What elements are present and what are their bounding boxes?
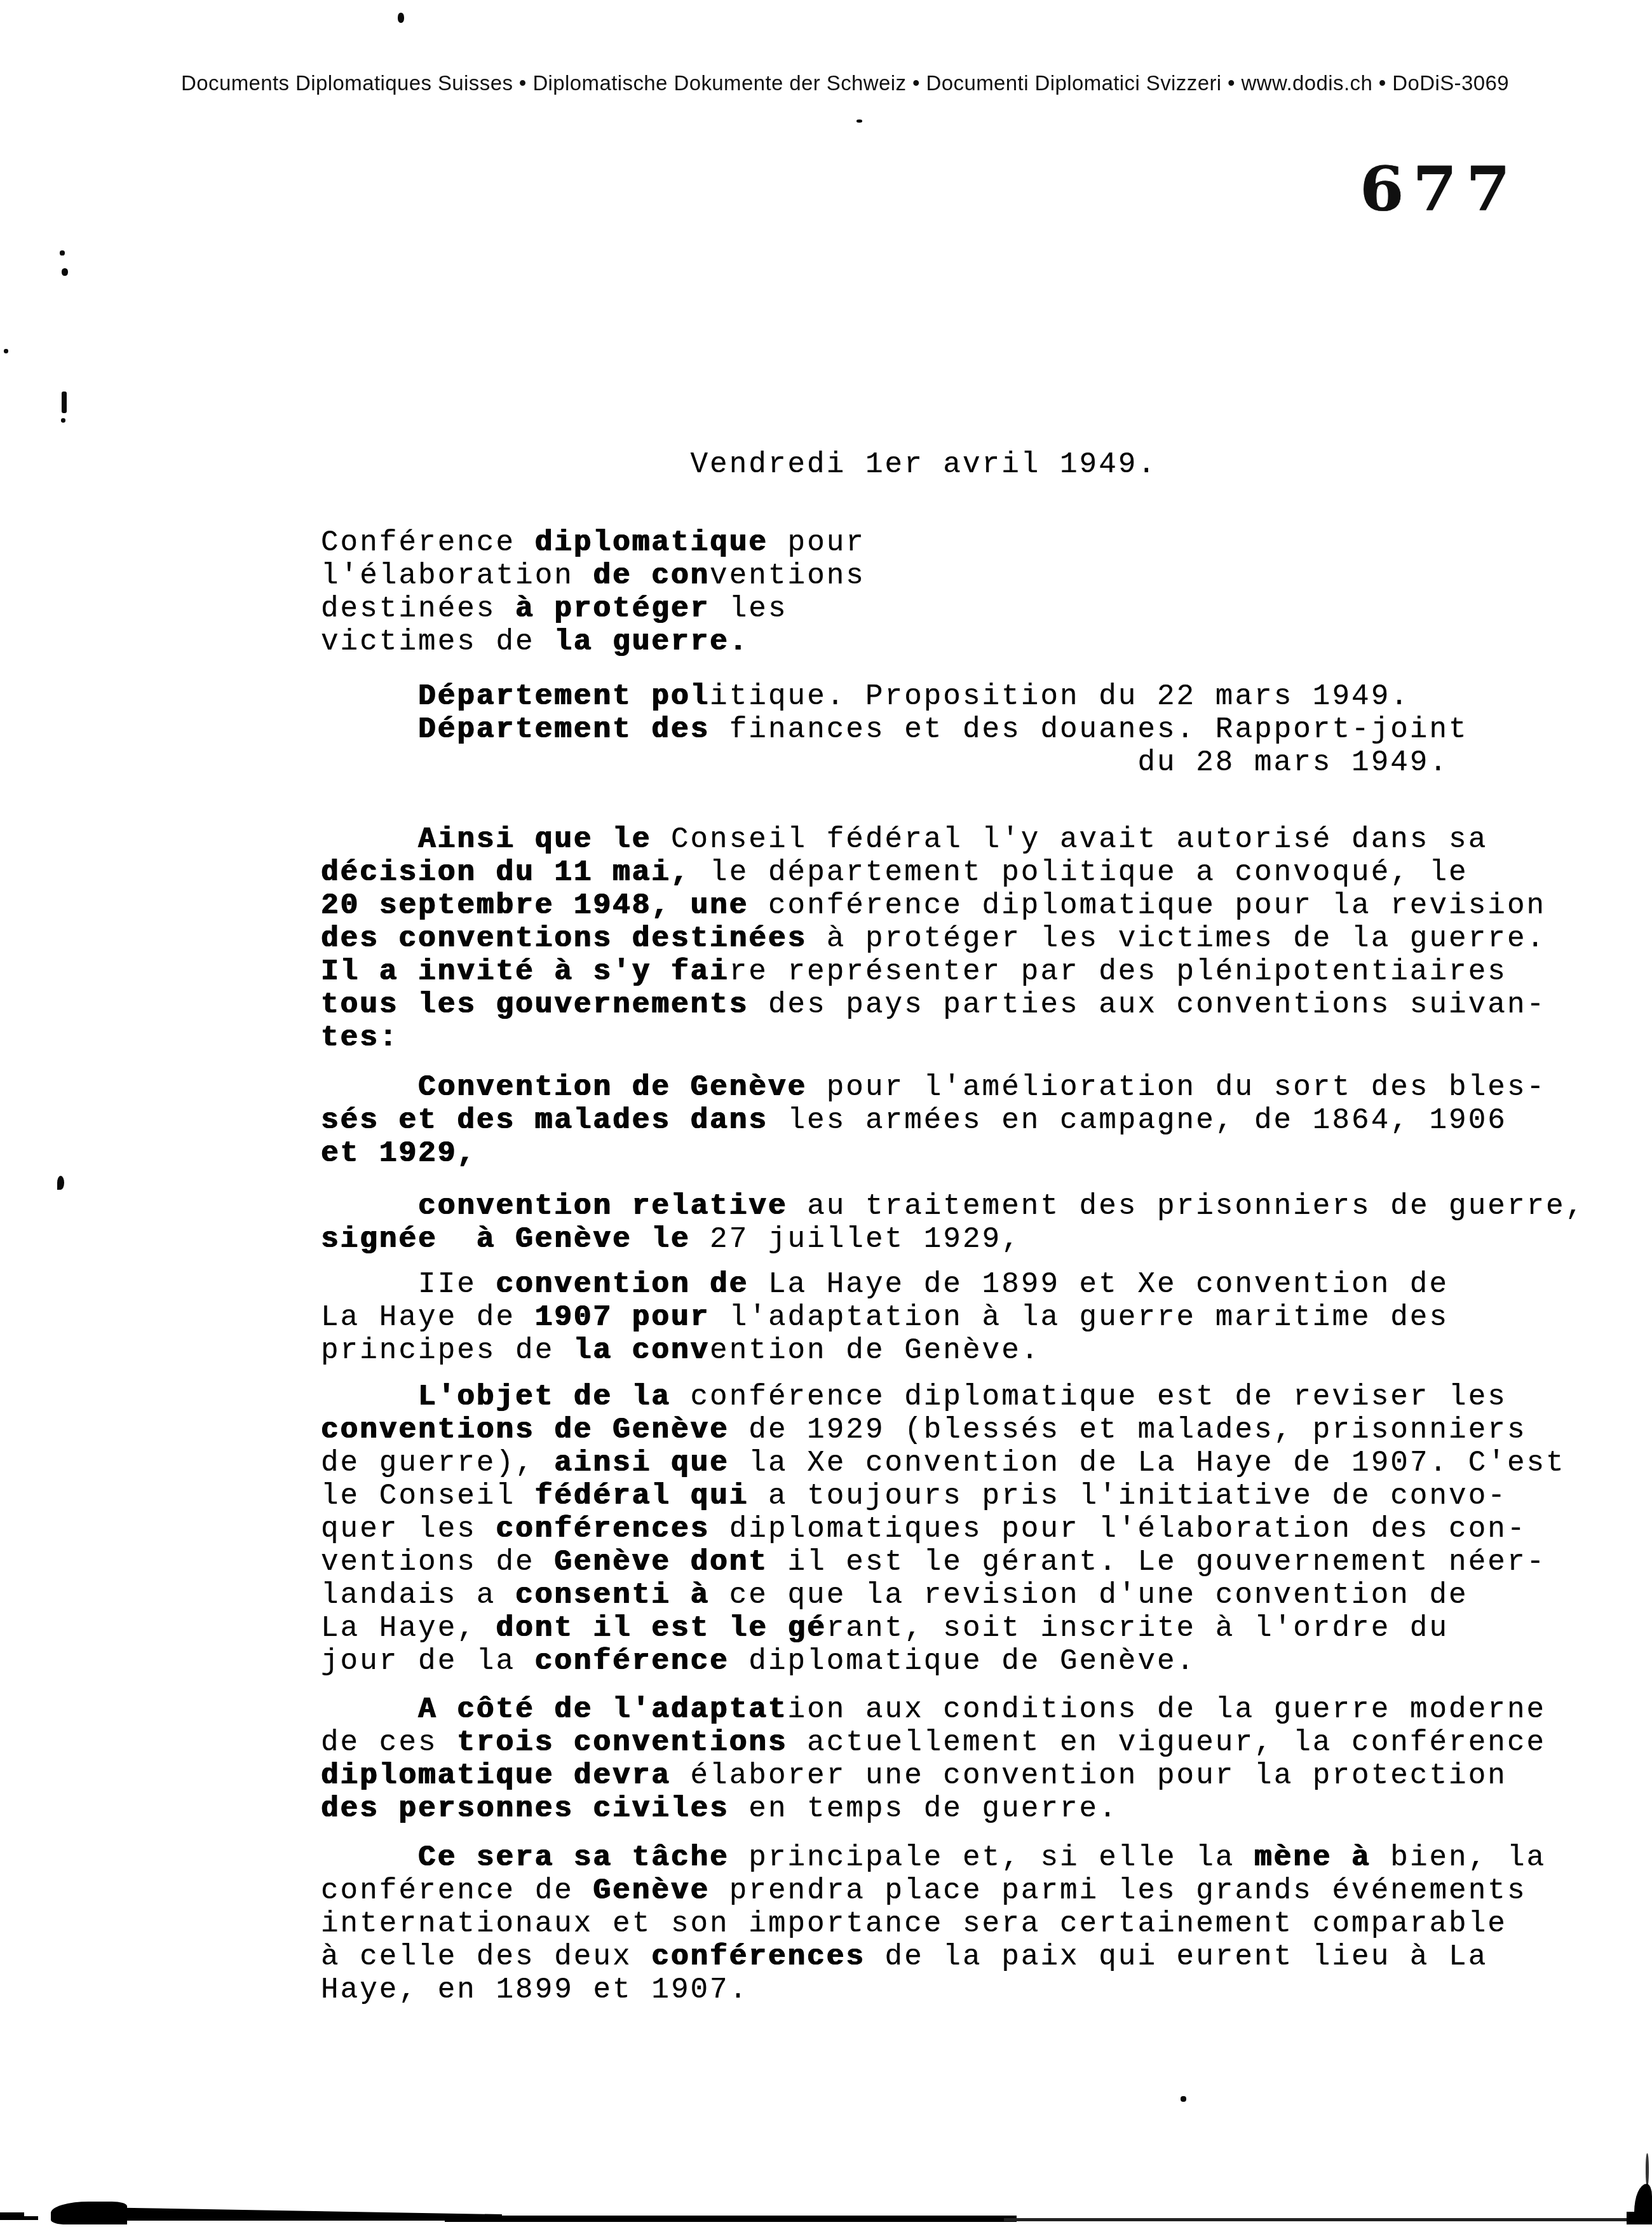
paragraph-2: Convention de Genève pour l'amélioration… (321, 1071, 1630, 1170)
typed-text: Haye, en 1899 et 1907. (321, 1973, 748, 2006)
text-line: A côté de l'adaptation aux conditions de… (321, 1693, 1630, 1726)
typed-text: élaborer une convention pour la protecti… (671, 1759, 1507, 1792)
typed-text (321, 1380, 418, 1413)
text-line: convention relative au traitement des pr… (321, 1190, 1630, 1223)
overstruck-text: conventions de Genève (321, 1413, 729, 1447)
text-line: La Haye, dont il est le gérant, soit ins… (321, 1612, 1630, 1645)
text-line: et 1929, (321, 1137, 1630, 1170)
paragraph-4: IIe convention de La Haye de 1899 et Xe … (321, 1268, 1630, 1367)
ink-speck (1181, 2096, 1186, 2102)
ink-speck (62, 392, 67, 413)
overstruck-text: tes: (321, 1021, 398, 1054)
text-line: Département des finances et des douanes.… (321, 713, 1630, 746)
typed-text: l'adaptation à la guerre maritime des (710, 1301, 1449, 1334)
ink-speck (4, 349, 8, 353)
typed-text (321, 1841, 418, 1874)
overstruck-text: A côté de l'adaptat (418, 1693, 788, 1726)
typed-text: ion aux conditions de la guerre moderne (788, 1693, 1547, 1726)
text-line: Conférence diplomatique pour (321, 526, 1630, 559)
text-line: destinées à protéger les (321, 592, 1630, 625)
overstruck-text: conférences (496, 1513, 710, 1546)
overstruck-text: dont il est le gé (496, 1612, 826, 1645)
text-line: de ces trois conventions actuellement en… (321, 1726, 1630, 1759)
paragraph-1: Ainsi que le Conseil fédéral l'y avait a… (321, 823, 1630, 1054)
overstruck-text: trois conventions (457, 1726, 787, 1759)
text-line: Département politique. Proposition du 22… (321, 680, 1630, 713)
typed-text (321, 713, 418, 746)
text-line: Convention de Genève pour l'amélioration… (321, 1071, 1630, 1104)
typed-text (321, 680, 418, 713)
typed-text: rant, soit inscrite à l'ordre du (827, 1612, 1449, 1645)
typed-text: destinées (321, 592, 515, 625)
typed-text: IIe (321, 1268, 496, 1301)
archive-header-text: Documents Diplomatiques Suisses • Diplom… (181, 71, 1509, 95)
typed-text: itique. Proposition du 22 mars 1949. (710, 680, 1410, 713)
overstruck-text: à protéger (515, 592, 710, 625)
text-line: victimes de la guerre. (321, 625, 1630, 658)
text-line: du 28 mars 1949. (321, 746, 1630, 779)
text-line: décision du 11 mai, le département polit… (321, 856, 1630, 889)
overstruck-text: conférences (651, 1940, 865, 1973)
ink-speck (62, 268, 68, 276)
overstruck-text: Ainsi que le (418, 823, 651, 856)
text-line: sés et des malades dans les armées en ca… (321, 1104, 1630, 1137)
overstruck-text: fédéral qui (535, 1480, 749, 1513)
typed-text: pour l'amélioration du sort des bles- (807, 1071, 1546, 1104)
typed-text: ventions de (321, 1546, 554, 1579)
typed-text: de ces (321, 1726, 457, 1759)
page-number-stamp: 677 (1360, 153, 1519, 224)
typed-text (321, 1693, 418, 1726)
document-body: Vendredi 1er avril 1949.Conférence diplo… (321, 448, 1630, 2006)
paragraph-5: L'objet de la conférence diplomatique es… (321, 1380, 1630, 1678)
typed-text: principes de (321, 1334, 574, 1367)
typed-text: au traitement des prisonniers de guerre, (788, 1190, 1585, 1223)
text-line: Haye, en 1899 et 1907. (321, 1973, 1630, 2006)
overstruck-text: sés et des malades dans (321, 1104, 768, 1137)
typed-text: il est le gérant. Le gouvernement néer- (768, 1546, 1546, 1579)
ink-speck (1646, 2153, 1649, 2186)
ink-speck (61, 418, 65, 423)
overstruck-text: de con (593, 559, 710, 592)
typed-text: le département politique a convoqué, le (691, 856, 1468, 889)
typed-text: conférence diplomatique pour la revision (748, 889, 1546, 922)
typed-text: des pays parties aux conventions suivan- (748, 988, 1546, 1021)
typed-text: landais a (321, 1579, 515, 1612)
overstruck-text: Département des (418, 713, 710, 746)
text-line: à celle des deux conférences de la paix … (321, 1940, 1630, 1973)
overstruck-text: diplomatique (535, 526, 768, 559)
text-line: tous les gouvernements des pays parties … (321, 988, 1630, 1021)
typed-text: La Haye de (321, 1301, 535, 1334)
text-line: 20 septembre 1948, une conférence diplom… (321, 889, 1630, 922)
date-line: Vendredi 1er avril 1949. (321, 448, 1630, 481)
text-line: L'objet de la conférence diplomatique es… (321, 1380, 1630, 1413)
text-line: La Haye de 1907 pour l'adaptation à la g… (321, 1301, 1630, 1334)
overstruck-text: tous les gouvernements (321, 988, 748, 1021)
overstruck-text: signée à Genève le (321, 1223, 691, 1256)
typed-text: diplomatiques pour l'élaboration des con… (710, 1513, 1526, 1546)
typed-text: finances et des douanes. Rapport-joint (710, 713, 1468, 746)
text-line: conférence de Genève prendra place parmi… (321, 1874, 1630, 1907)
typed-text: l'élaboration (321, 559, 593, 592)
text-line: des personnes civiles en temps de guerre… (321, 1792, 1630, 1825)
typed-text: a toujours pris l'initiative de convo- (748, 1480, 1507, 1513)
overstruck-text: L'objet de la (418, 1380, 671, 1413)
overstruck-text: décision du 11 mai, (321, 856, 691, 889)
overstruck-text: et 1929, (321, 1137, 477, 1170)
ink-speck (856, 119, 862, 123)
typed-text: les (710, 592, 787, 625)
scan-artifact-bottom (445, 2216, 1017, 2222)
text-line: principes de la convention de Genève. (321, 1334, 1630, 1367)
overstruck-text: Département pol (418, 680, 710, 713)
text-line: l'élaboration de conventions (321, 559, 1630, 592)
typed-text: pour (768, 526, 865, 559)
typed-text: conférence de (321, 1874, 593, 1907)
typed-text: Conférence (321, 526, 535, 559)
text-line: diplomatique devra élaborer une conventi… (321, 1759, 1630, 1792)
typed-text: le Conseil (321, 1480, 535, 1513)
typed-text: en temps de guerre. (729, 1792, 1118, 1825)
text-line: Ainsi que le Conseil fédéral l'y avait a… (321, 823, 1630, 856)
typed-text: quer les (321, 1513, 496, 1546)
text-line: ventions de Genève dont il est le gérant… (321, 1546, 1630, 1579)
typed-text: ention de Genève. (710, 1334, 1040, 1367)
overstruck-text: conférence (535, 1645, 729, 1678)
overstruck-text: des personnes civiles (321, 1792, 729, 1825)
overstruck-text: Ce sera sa tâche (418, 1841, 729, 1874)
overstruck-text: Genève dont (554, 1546, 768, 1579)
typed-text (321, 1071, 418, 1104)
subject-block: Conférence diplomatique pourl'élaboratio… (321, 526, 1630, 658)
scanned-document-page: Documents Diplomatiques Suisses • Diplom… (0, 0, 1652, 2234)
overstruck-text: Convention de Genève (418, 1071, 807, 1104)
overstruck-text: Il a invité à s'y fai (321, 955, 729, 988)
department-block: Département politique. Proposition du 22… (321, 680, 1630, 779)
text-line: tes: (321, 1021, 1630, 1054)
text-line: IIe convention de La Haye de 1899 et Xe … (321, 1268, 1630, 1301)
text-line: internationaux et son importance sera ce… (321, 1907, 1630, 1940)
typed-text: les armées en campagne, de 1864, 1906 (768, 1104, 1507, 1137)
text-line: signée à Genève le 27 juillet 1929, (321, 1223, 1630, 1256)
text-line: landais a consenti à ce que la revision … (321, 1579, 1630, 1612)
scan-artifact-bottom (57, 2207, 502, 2221)
typed-text: du 28 mars 1949. (321, 746, 1449, 779)
overstruck-text: mène à (1254, 1841, 1371, 1874)
typed-text: la Xe convention de La Haye de 1907. C'e… (729, 1447, 1566, 1480)
typed-text: re représenter par des plénipotentiaires (729, 955, 1507, 988)
ink-speck (60, 250, 65, 255)
typed-text: 27 juillet 1929, (691, 1223, 1021, 1256)
typed-text: ventions (710, 559, 865, 592)
text-line: quer les conférences diplomatiques pour … (321, 1513, 1630, 1546)
typed-text: de guerre), (321, 1447, 554, 1480)
paragraph-7: Ce sera sa tâche principale et, si elle … (321, 1841, 1630, 2006)
typed-text: de 1929 (blessés et malades, prisonniers (729, 1413, 1527, 1447)
overstruck-text: convention de (496, 1268, 748, 1301)
ink-speck (398, 13, 404, 23)
typed-text: La Haye de 1899 et Xe convention de (748, 1268, 1449, 1301)
overstruck-text: consenti à (515, 1579, 710, 1612)
scan-artifact-corner (1627, 2212, 1652, 2224)
overstruck-text: la conv (574, 1334, 710, 1367)
text-line: Ce sera sa tâche principale et, si elle … (321, 1841, 1630, 1874)
typed-text: à celle des deux (321, 1940, 651, 1973)
typed-text (321, 1190, 418, 1223)
paragraph-3: convention relative au traitement des pr… (321, 1190, 1630, 1256)
overstruck-text: la guerre. (554, 625, 748, 658)
overstruck-text: Genève (593, 1874, 710, 1907)
text-line: des conventions destinées à protéger les… (321, 922, 1630, 955)
typed-text: ce que la revision d'une convention de (710, 1579, 1468, 1612)
text-line: de guerre), ainsi que la Xe convention d… (321, 1447, 1630, 1480)
text-line: jour de la conférence diplomatique de Ge… (321, 1645, 1630, 1678)
overstruck-text: des conventions destinées (321, 922, 807, 955)
typed-text: actuellement en vigueur, la conférence (788, 1726, 1547, 1759)
text-line: conventions de Genève de 1929 (blessés e… (321, 1413, 1630, 1447)
typed-text: internationaux et son importance sera ce… (321, 1907, 1507, 1940)
typed-text: à protéger les victimes de la guerre. (807, 922, 1546, 955)
typed-text: diplomatique de Genève. (729, 1645, 1196, 1678)
typed-text: conférence diplomatique est de reviser l… (671, 1380, 1507, 1413)
typed-text: victimes de (321, 625, 554, 658)
overstruck-text: 20 septembre 1948, une (321, 889, 748, 922)
text-line: le Conseil fédéral qui a toujours pris l… (321, 1480, 1630, 1513)
overstruck-text: convention relative (418, 1190, 788, 1223)
overstruck-text: ainsi que (554, 1447, 729, 1480)
typed-text: bien, la (1371, 1841, 1546, 1874)
paragraph-6: A côté de l'adaptation aux conditions de… (321, 1693, 1630, 1825)
scan-artifact-bottom (0, 2216, 38, 2220)
typed-text: Vendredi 1er avril 1949. (321, 448, 1157, 481)
scan-artifact-bottom (1004, 2218, 1652, 2221)
typed-text: La Haye, (321, 1612, 496, 1645)
typed-text: de la paix qui eurent lieu à La (865, 1940, 1487, 1973)
text-line: Vendredi 1er avril 1949. (321, 448, 1630, 481)
ink-speck (57, 1176, 64, 1190)
typed-text: jour de la (321, 1645, 535, 1678)
typed-text: prendra place parmi les grands événement… (710, 1874, 1526, 1907)
overstruck-text: 1907 pour (535, 1301, 710, 1334)
typed-text: principale et, si elle la (729, 1841, 1254, 1874)
typed-text (321, 823, 418, 856)
text-line: Il a invité à s'y faire représenter par … (321, 955, 1630, 988)
typed-text: Conseil fédéral l'y avait autorisé dans … (651, 823, 1487, 856)
overstruck-text: diplomatique devra (321, 1759, 671, 1792)
